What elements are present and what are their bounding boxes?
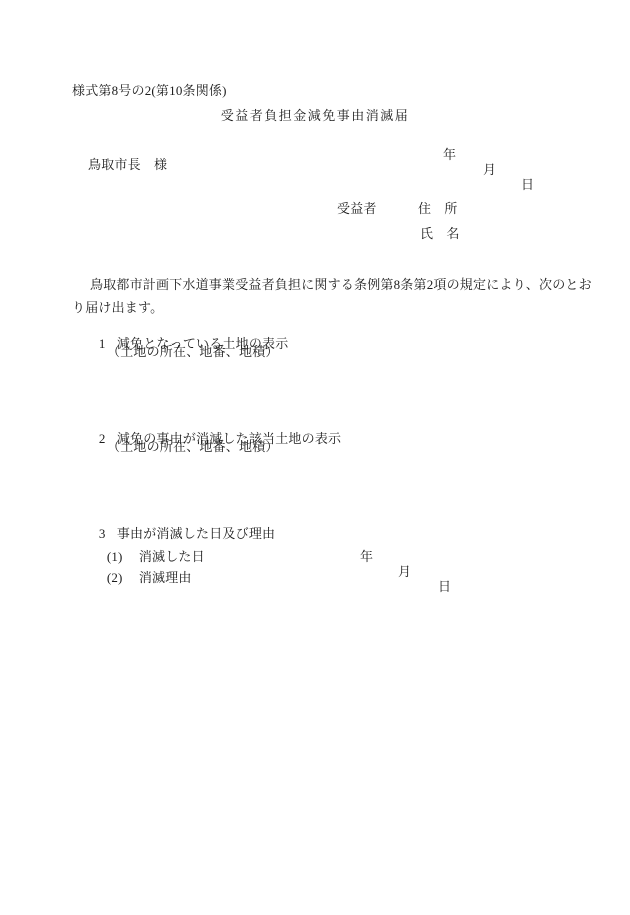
header-month-label: 月 bbox=[483, 163, 496, 178]
form-title: 受益者負担金減免事由消滅届 bbox=[0, 109, 630, 124]
beneficiary-label: 受益者 bbox=[337, 202, 377, 217]
header-day-label: 日 bbox=[521, 178, 534, 193]
beneficiary-name-label: 氏 名 bbox=[420, 227, 460, 242]
body-text-line-1: 鳥取都市計画下水道事業受益者負担に関する条例第8条第2項の規定により、次のとお bbox=[90, 278, 592, 293]
form-page: 様式第8号の2(第10条関係) 受益者負担金減免事由消滅届 年 月 日 鳥取市長… bbox=[0, 0, 630, 915]
header-date-line: 年 月 日 bbox=[0, 133, 630, 149]
header-year-label: 年 bbox=[443, 148, 456, 163]
body-text-line-2: り届け出ます。 bbox=[72, 301, 163, 316]
item-1-note: （土地の所在、地番、地積） bbox=[107, 345, 279, 360]
extinguish-month-label: 月 bbox=[398, 565, 411, 580]
extinguish-day-label: 日 bbox=[438, 580, 451, 595]
beneficiary-address-label: 住 所 bbox=[418, 202, 458, 217]
addressee-mayor: 鳥取市長 様 bbox=[88, 158, 167, 173]
extinguish-date-line: 年 月 日 bbox=[0, 535, 630, 551]
item-3-sub-2: (2)消滅理由 bbox=[93, 556, 192, 601]
item-2-note: （土地の所在、地番、地積） bbox=[107, 440, 279, 455]
item-3-sub-2-number: (2) bbox=[107, 571, 139, 586]
item-3-sub-2-title: 消滅理由 bbox=[139, 570, 192, 585]
form-number: 様式第8号の2(第10条関係) bbox=[72, 84, 227, 99]
extinguish-year-label: 年 bbox=[360, 550, 373, 565]
